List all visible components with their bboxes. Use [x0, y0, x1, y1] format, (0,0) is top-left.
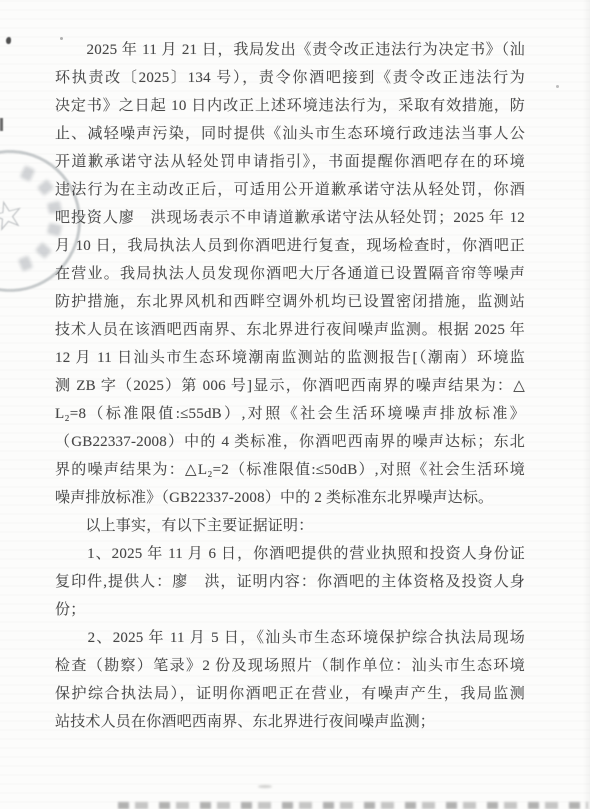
document-line: 保护综合执法局），证明你酒吧正在营业，有噪声产生，我局监测 — [55, 680, 525, 708]
document-line: 以上事实，有以下主要证据证明： — [55, 512, 525, 540]
document-line: 防护措施，东北界风机和西畔空调外机均已设置密闭措施，监测站 — [55, 288, 525, 316]
scan-speck — [556, 85, 559, 88]
document-line: 违法行为在主动改正后，可适用公开道歉承诺守法从轻处罚，你酒 — [55, 176, 525, 204]
seal-rim-text-smudge — [35, 242, 52, 259]
document-line: 决定书》之日起 10 日内改正上述环境违法行为，采取有效措施，防 — [55, 92, 525, 120]
document-line: 月 10 日，我局执法人员到你酒吧进行复查，现场检查时，你酒吧正 — [55, 232, 525, 260]
document-line: 环执责改〔2025〕134 号），责令你酒吧接到《责令改正违法行为 — [55, 64, 525, 92]
document-text-block: 2025 年 11 月 21 日，我局发出《责令改正违法行为决定书》（汕环执责改… — [55, 36, 525, 736]
document-line: （GB22337-2008）中的 4 类标准，你酒吧西南界的噪声达标；东北 — [55, 428, 525, 456]
document-line: L₂=8（标准限值:≤55dB）,对照《社会生活环境噪声排放标准》 — [55, 400, 525, 428]
document-line: 噪声排放标准》（GB22337-2008）中的 2 类标准东北界噪声达标。 — [55, 484, 525, 512]
scan-edge-nick — [0, 118, 3, 131]
cut-off-next-line — [118, 802, 588, 809]
document-line: 在营业。我局执法人员发现你酒吧大厅各通道已设置隔音帘等噪声 — [55, 260, 525, 288]
document-line: 测 ZB 字（2025）第 006 号]显示，你酒吧西南界的噪声结果为：△ — [55, 372, 525, 400]
document-line: 份； — [55, 596, 525, 624]
document-line: 2、2025 年 11 月 5 日，《汕头市生态环境保护综合执法局现场 — [55, 624, 525, 652]
seal-rim-text-smudge — [18, 255, 33, 271]
document-line: 检查（勘察）笔录》2 份及现场照片（制作单位：汕头市生态环境 — [55, 652, 525, 680]
document-line: 界的噪声结果为：△L₂=2（标准限值:≤50dB）,对照《社会生活环境 — [55, 456, 525, 484]
document-line: 站技术人员在你酒吧西南界、东北界进行夜间噪声监测； — [55, 708, 525, 736]
document-line: 吧投资人廖 洪现场表示不申请道歉承诺守法从轻处罚；2025 年 12 — [55, 204, 525, 232]
document-line: 2025 年 11 月 21 日，我局发出《责令改正违法行为决定书》（汕 — [55, 36, 525, 64]
document-line: 12 月 11 日汕头市生态环境潮南监测站的监测报告[（潮南）环境监 — [55, 344, 525, 372]
seal-rim-text-smudge — [37, 179, 54, 196]
document-line: 开道歉承诺守法从轻处罚申请指引》，书面提醒你酒吧存在的环境 — [55, 148, 525, 176]
seal-star-icon: ☆ — [0, 188, 35, 244]
document-line: 复印件,提供人：廖 洪，证明内容：你酒吧的主体资格及投资人身 — [55, 568, 525, 596]
seal-rim-text-smudge — [20, 165, 35, 181]
scan-smear — [258, 785, 272, 788]
document-line: 1、2025 年 11 月 6 日，你酒吧提供的营业执照和投资人身份证 — [55, 540, 525, 568]
document-page: ☆ 2025 年 11 月 21 日，我局发出《责令改正违法行为决定书》（汕环执… — [0, 0, 590, 809]
document-line: 止、减轻噪声污染，同时提供《汕头市生态环境行政违法当事人公 — [55, 120, 525, 148]
document-line: 技术人员在该酒吧西南界、东北界进行夜间噪声监测。根据 2025 年 — [55, 316, 525, 344]
right-edge-shadow — [583, 0, 590, 809]
scan-speck — [6, 37, 11, 44]
